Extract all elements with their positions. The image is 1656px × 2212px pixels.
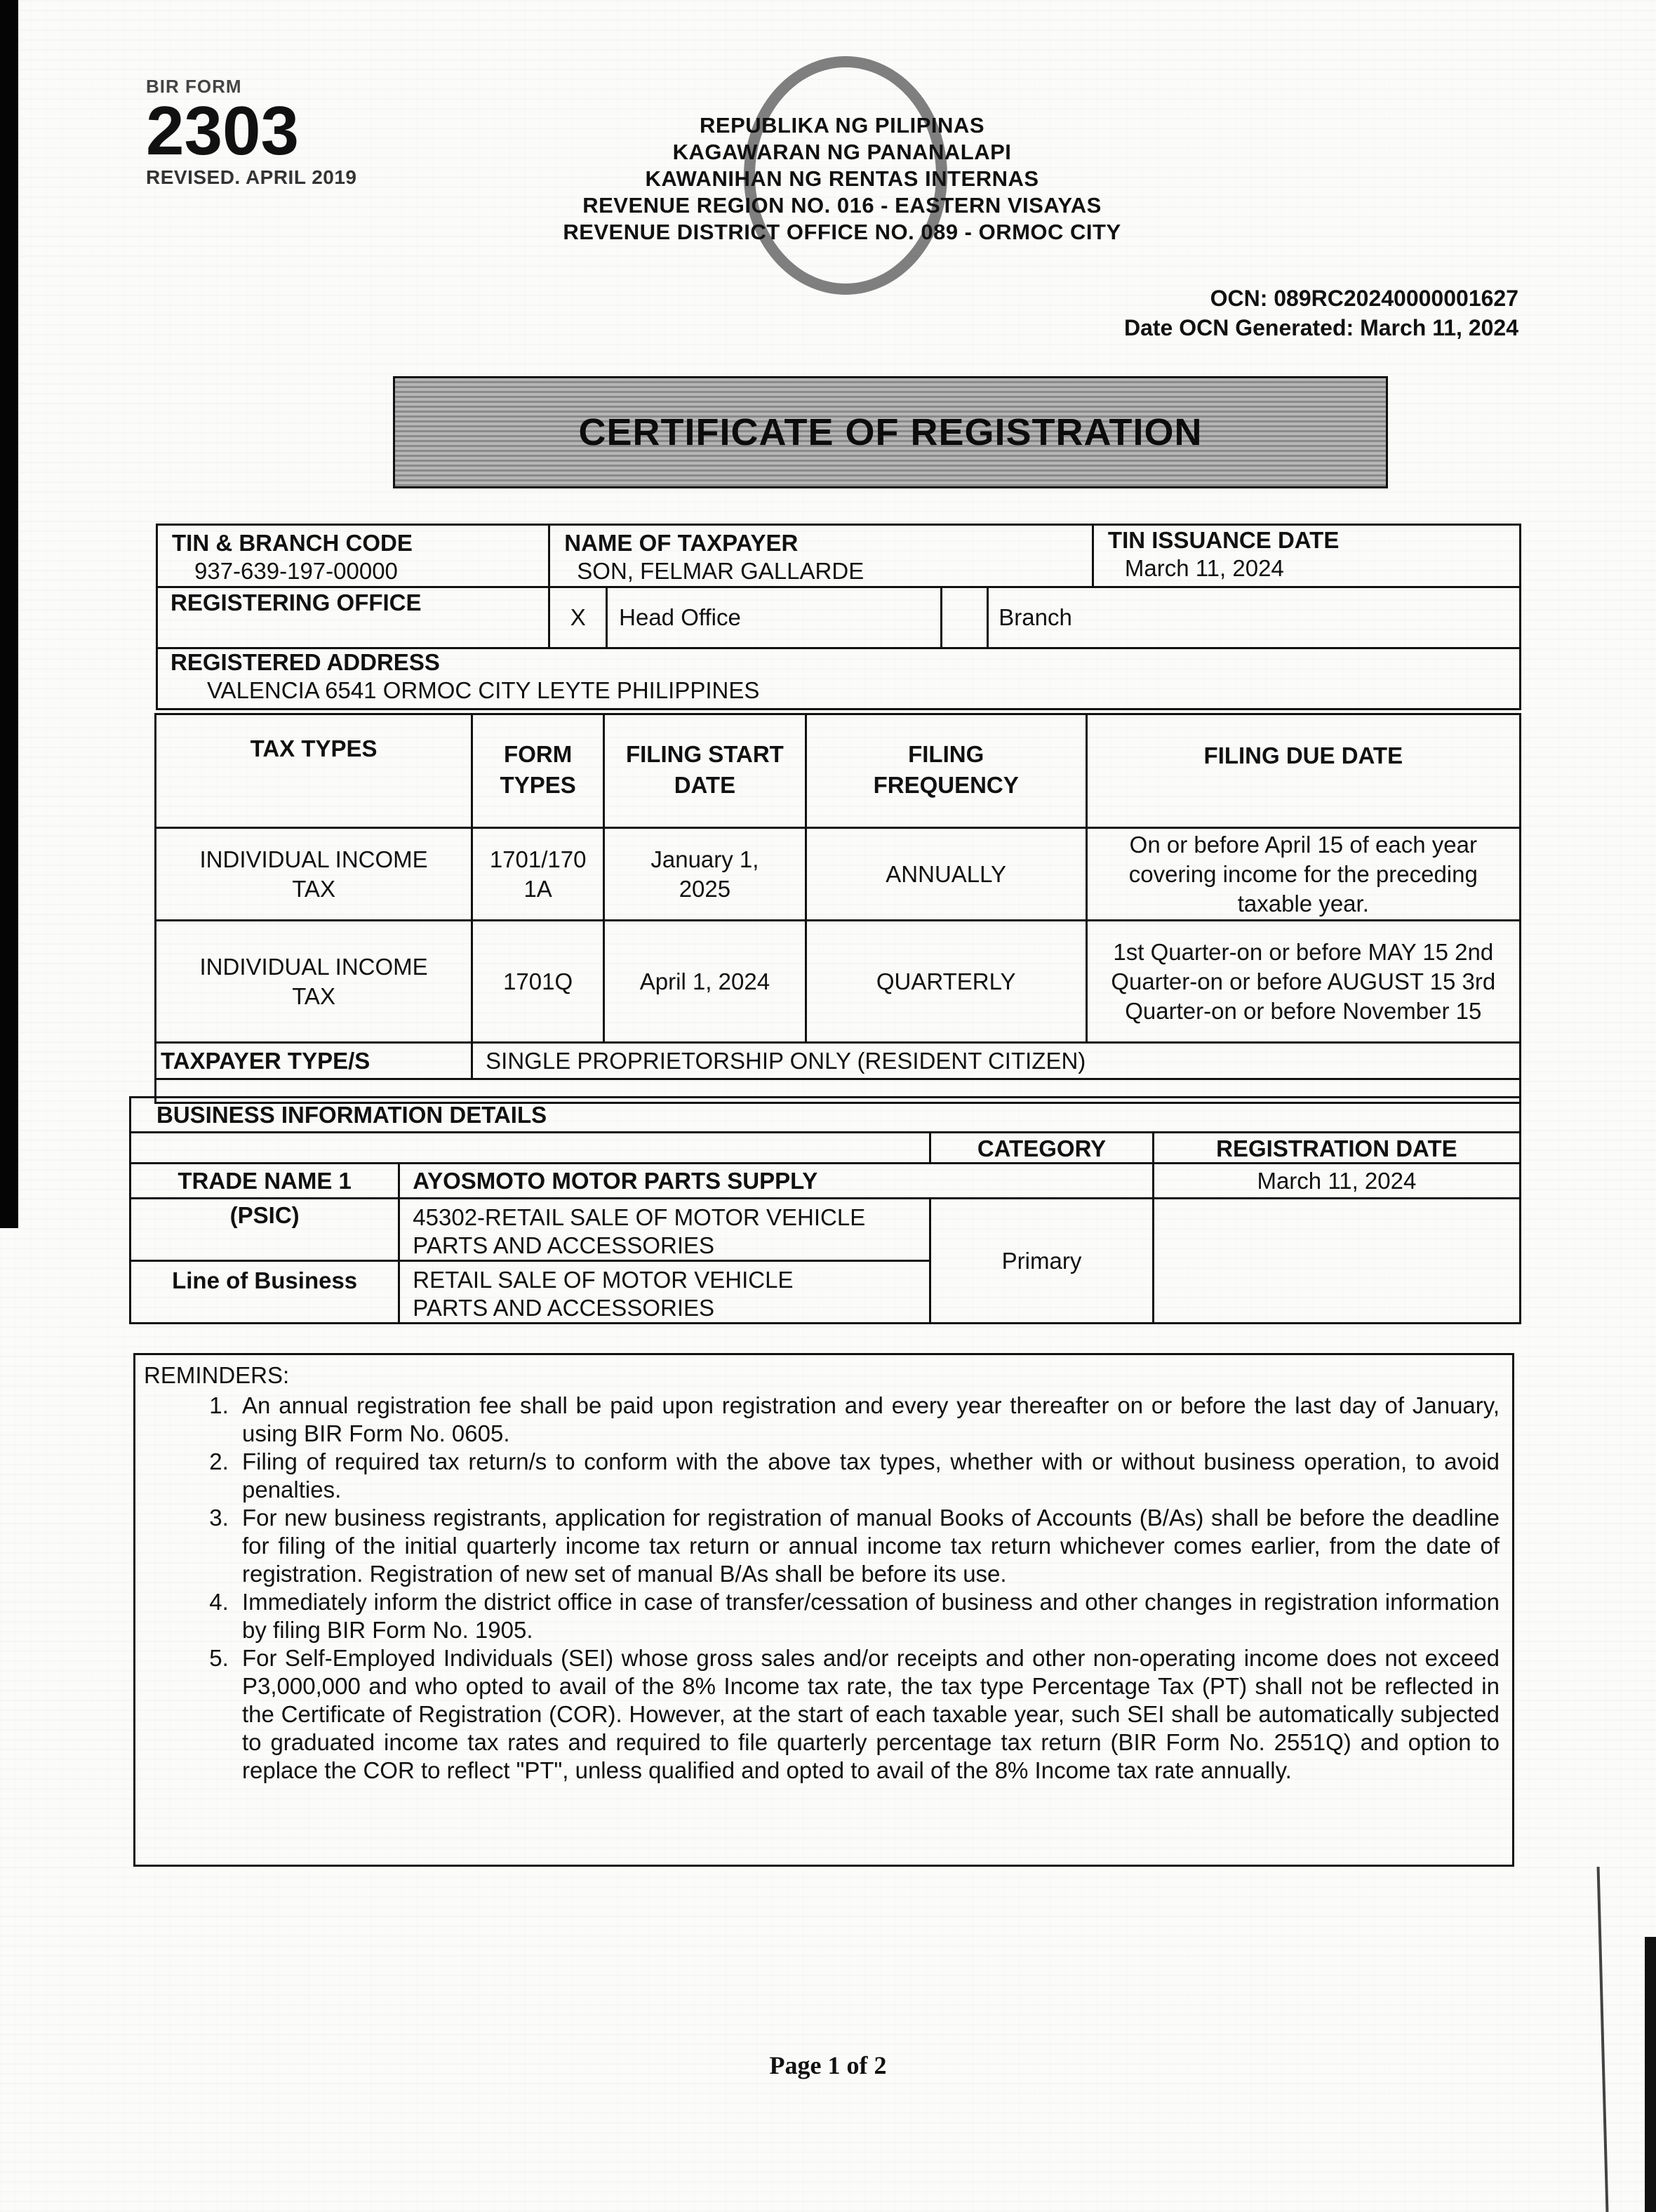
tin-issuance-value: March 11, 2024	[1094, 554, 1519, 582]
head-office-label-cell: Head Office	[607, 587, 942, 648]
agency-line: REVENUE DISTRICT OFFICE NO. 089 - ORMOC …	[505, 219, 1179, 246]
reminder-item: Filing of required tax return/s to confo…	[235, 1448, 1500, 1504]
tin-label: TIN & BRANCH CODE	[158, 526, 548, 557]
branch-label: Branch	[999, 604, 1072, 630]
ocn-block: OCN: 089RC20240000001627 Date OCN Genera…	[1124, 284, 1518, 342]
reminder-item: For Self-Employed Individuals (SEI) whos…	[235, 1644, 1500, 1785]
agency-line: KAGAWARAN NG PANANALAPI	[505, 139, 1179, 166]
blank-registration-cell	[1153, 1199, 1520, 1324]
cell-frequency: QUARTERLY	[806, 921, 1086, 1043]
table-row: INDIVIDUAL INCOME TAX 1701/1701A January…	[156, 828, 1521, 921]
registration-date-header: REGISTRATION DATE	[1153, 1133, 1520, 1164]
head-office-label: Head Office	[619, 604, 741, 630]
tin-value: 937-639-197-00000	[158, 557, 548, 585]
ocn-date: Date OCN Generated: March 11, 2024	[1124, 313, 1518, 342]
registered-address-cell: REGISTERED ADDRESS VALENCIA 6541 ORMOC C…	[157, 648, 1521, 709]
psic-value: 45302-RETAIL SALE OF MOTOR VEHICLE PARTS…	[399, 1199, 930, 1261]
psic-label: (PSIC)	[131, 1199, 399, 1261]
taxpayer-name-cell: NAME OF TAXPAYER SON, FELMAR GALLARDE	[549, 525, 1093, 587]
business-section-label: BUSINESS INFORMATION DETAILS	[131, 1098, 1521, 1133]
agency-line: KAWANIHAN NG RENTAS INTERNAS	[505, 166, 1179, 192]
form-number: 2303	[146, 100, 357, 161]
cell-start-date: April 1, 2024	[604, 921, 806, 1043]
table-row: INDIVIDUAL INCOME TAX 1701Q April 1, 202…	[156, 921, 1521, 1043]
certificate-title-band: CERTIFICATE OF REGISTRATION	[393, 376, 1388, 488]
cell-start-date: January 1, 2025	[604, 828, 806, 921]
cell-tax-type: INDIVIDUAL INCOME TAX	[156, 921, 472, 1043]
registering-office-label-cell: REGISTERING OFFICE	[157, 587, 549, 648]
trade-name-value: AYOSMOTO MOTOR PARTS SUPPLY	[399, 1164, 1154, 1199]
registration-date-value: March 11, 2024	[1153, 1164, 1520, 1199]
col-filing-due-date: FILING DUE DATE	[1086, 714, 1520, 828]
registered-address-label: REGISTERED ADDRESS	[158, 649, 1519, 676]
ocn-number: OCN: 089RC20240000001627	[1124, 284, 1518, 313]
blank-row	[131, 1133, 930, 1164]
reminders-list: An annual registration fee shall be paid…	[144, 1392, 1500, 1785]
agency-line: REPUBLIKA NG PILIPINAS	[505, 112, 1179, 139]
business-info-table: BUSINESS INFORMATION DETAILS CATEGORY RE…	[129, 1096, 1521, 1324]
col-filing-frequency: FILING FREQUENCY	[806, 714, 1086, 828]
head-office-checkbox[interactable]: X	[549, 587, 607, 648]
cell-frequency: ANNUALLY	[806, 828, 1086, 921]
line-of-business-value: RETAIL SALE OF MOTOR VEHICLE PARTS AND A…	[399, 1261, 930, 1324]
form-revision: REVISED. APRIL 2019	[146, 166, 357, 189]
agency-line: REVENUE REGION NO. 016 - EASTERN VISAYAS	[505, 192, 1179, 219]
col-form-types: FORM TYPES	[472, 714, 604, 828]
page-number: Page 1 of 2	[0, 2051, 1656, 2080]
taxpayer-type-value: SINGLE PROPRIETORSHIP ONLY (RESIDENT CIT…	[472, 1043, 1521, 1079]
taxpayer-name-value: SON, FELMAR GALLARDE	[550, 557, 1092, 585]
tin-cell: TIN & BRANCH CODE 937-639-197-00000	[157, 525, 549, 587]
business-info-details-title: BUSINESS INFORMATION DETAILS	[156, 1102, 547, 1128]
reminder-item: For new business registrants, applicatio…	[235, 1504, 1500, 1588]
cell-due-date: On or before April 15 of each year cover…	[1086, 828, 1520, 921]
taxpayer-type-label: TAXPAYER TYPE/S	[156, 1043, 472, 1079]
form-type-value: 1701/1701A	[490, 846, 587, 902]
paper-crease	[1597, 1867, 1609, 2212]
agency-header: REPUBLIKA NG PILIPINAS KAGAWARAN NG PANA…	[505, 112, 1179, 246]
taxpayer-info-table: TIN & BRANCH CODE 937-639-197-00000 NAME…	[156, 524, 1521, 710]
reminder-item: Immediately inform the district office i…	[235, 1588, 1500, 1644]
category-header: CATEGORY	[930, 1133, 1154, 1164]
form-identifier: BIR FORM 2303 REVISED. APRIL 2019	[146, 76, 357, 189]
reminders-box: REMINDERS: An annual registration fee sh…	[133, 1353, 1514, 1867]
cell-form-type: 1701/1701A	[472, 828, 604, 921]
tax-types-table: TAX TYPES FORM TYPES FILING START DATE F…	[154, 713, 1521, 1104]
cell-tax-type: INDIVIDUAL INCOME TAX	[156, 828, 472, 921]
tin-issuance-label: TIN ISSUANCE DATE	[1094, 526, 1519, 554]
scan-edge-shadow	[0, 0, 18, 1228]
certificate-title: CERTIFICATE OF REGISTRATION	[579, 411, 1203, 454]
category-value: Primary	[930, 1199, 1154, 1324]
cell-due-date: 1st Quarter-on or before MAY 15 2nd Quar…	[1086, 921, 1520, 1043]
col-tax-types: TAX TYPES	[156, 714, 472, 828]
registered-address-value: VALENCIA 6541 ORMOC CITY LEYTE PHILIPPIN…	[158, 676, 1519, 704]
head-office-mark: X	[570, 604, 586, 630]
line-of-business-label: Line of Business	[131, 1261, 399, 1324]
col-filing-start-date: FILING START DATE	[604, 714, 806, 828]
tin-issuance-cell: TIN ISSUANCE DATE March 11, 2024	[1093, 525, 1520, 587]
registering-office-label: REGISTERING OFFICE	[158, 588, 548, 616]
branch-checkbox[interactable]	[942, 587, 988, 648]
cell-form-type: 1701Q	[472, 921, 604, 1043]
reminder-item: An annual registration fee shall be paid…	[235, 1392, 1500, 1448]
reminders-title: REMINDERS:	[144, 1362, 1500, 1389]
branch-label-cell: Branch	[988, 587, 1521, 648]
taxpayer-name-label: NAME OF TAXPAYER	[550, 526, 1092, 557]
trade-name-label: TRADE NAME 1	[131, 1164, 399, 1199]
